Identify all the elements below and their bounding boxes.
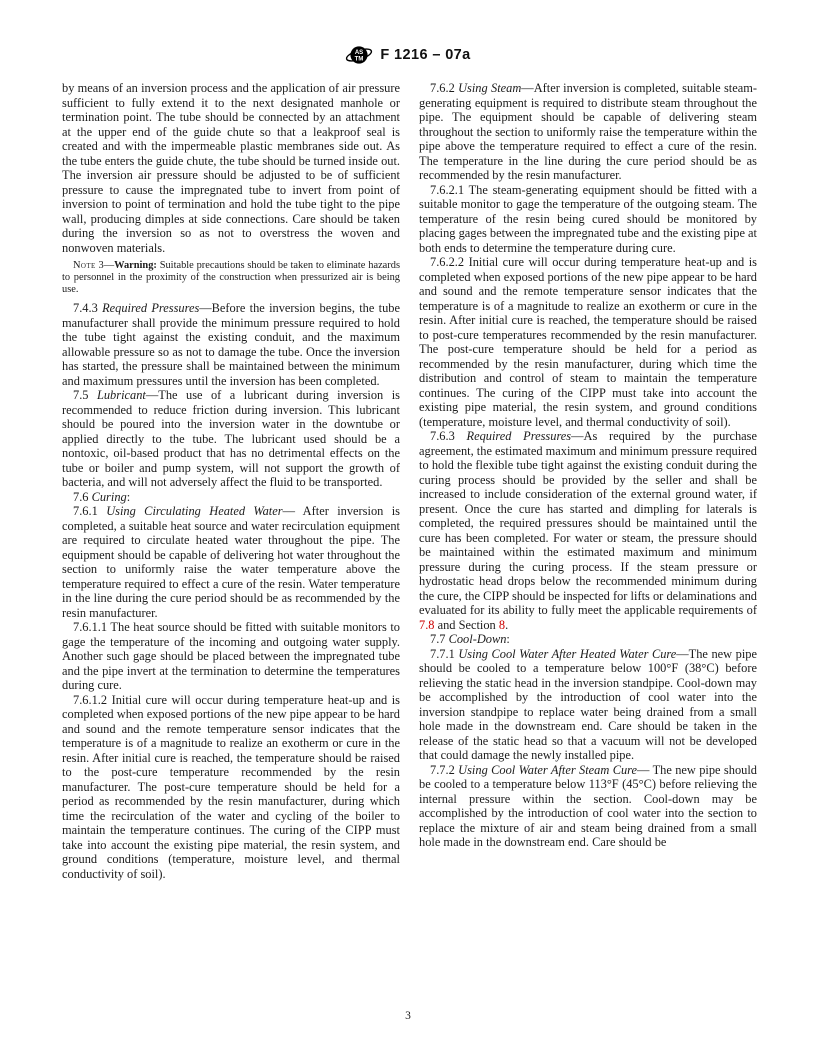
text-segment: Required Pressures: [467, 429, 572, 443]
text-segment: Note: [73, 260, 96, 271]
text-segment: 7.6.2.2 Initial cure will occur during t…: [419, 255, 757, 429]
body-paragraph: 7.6.1.1 The heat source should be fitted…: [62, 620, 400, 693]
note-paragraph: Note 3—Warning: Suitable precautions sho…: [62, 260, 400, 295]
body-paragraph: 7.7.2 Using Cool Water After Steam Cure—…: [419, 763, 757, 850]
text-segment: Using Steam: [458, 81, 521, 95]
text-segment: 7.6.2: [430, 81, 458, 95]
text-segment: Cool-Down: [449, 632, 507, 646]
page-number: 3: [0, 1010, 816, 1022]
text-segment: Using Cool Water After Steam Cure: [458, 763, 637, 777]
body-paragraph: 7.6.2.1 The steam-generating equipment s…: [419, 183, 757, 256]
doc-number: F 1216 – 07a: [380, 47, 470, 63]
text-segment: Lubricant: [97, 388, 146, 402]
body-paragraph: 7.6 Curing:: [62, 490, 400, 505]
body-paragraph: by means of an inversion process and the…: [62, 81, 400, 255]
body-paragraph: 7.7.1 Using Cool Water After Heated Wate…: [419, 647, 757, 763]
text-segment: 7.6.3: [430, 429, 467, 443]
text-segment: Required Pressures: [102, 301, 199, 315]
text-segment: Using Cool Water After Heated Water Cure: [458, 647, 676, 661]
text-segment: 7.7.1: [430, 647, 458, 661]
text-segment: —After inversion is completed, suitable …: [419, 81, 757, 182]
text-segment: Warning:: [114, 260, 157, 271]
text-segment: 7.6.1.2 Initial cure will occur during t…: [62, 693, 400, 881]
document-page: AS TM F 1216 – 07a by means of an invers…: [0, 0, 816, 1056]
text-segment: — After inversion is completed, a suitab…: [62, 504, 400, 620]
body-paragraph: 7.6.2.2 Initial cure will occur during t…: [419, 255, 757, 429]
text-segment: 7.5: [73, 388, 97, 402]
body-paragraph: 7.4.3 Required Pressures—Before the inve…: [62, 301, 400, 388]
body-paragraph: 7.6.1.2 Initial cure will occur during t…: [62, 693, 400, 882]
two-column-body: by means of an inversion process and the…: [62, 81, 757, 881]
body-paragraph: 7.5 Lubricant—The use of a lubricant dur…: [62, 388, 400, 490]
body-paragraph: 7.6.3 Required Pressures—As required by …: [419, 429, 757, 632]
text-segment: 7.6: [73, 490, 92, 504]
body-paragraph: 7.7 Cool-Down:: [419, 632, 757, 647]
text-segment: .: [505, 618, 508, 632]
section-link[interactable]: 7.8: [419, 618, 435, 632]
text-segment: Using Circulating Heated Water: [106, 504, 282, 518]
text-segment: Curing: [92, 490, 127, 504]
text-segment: —The use of a lubricant during inversion…: [62, 388, 400, 489]
text-segment: :: [506, 632, 509, 646]
text-segment: 7.7.2: [430, 763, 458, 777]
column-left: by means of an inversion process and the…: [62, 81, 400, 881]
text-segment: 7.4.3: [73, 301, 102, 315]
column-right: 7.6.2 Using Steam—After inversion is com…: [419, 81, 757, 881]
svg-text:TM: TM: [355, 57, 364, 63]
text-segment: :: [127, 490, 130, 504]
text-segment: —The new pipe should be cooled to a temp…: [419, 647, 757, 763]
svg-text:AS: AS: [355, 50, 363, 56]
astm-logo: AS TM: [345, 44, 373, 66]
text-segment: by means of an inversion process and the…: [62, 81, 400, 255]
text-segment: —As required by the purchase agreement, …: [419, 429, 757, 617]
text-segment: 7.6.1.1 The heat source should be fitted…: [62, 620, 400, 692]
text-segment: 7.6.1: [73, 504, 106, 518]
body-paragraph: 7.6.1 Using Circulating Heated Water— Af…: [62, 504, 400, 620]
text-segment: and Section: [435, 618, 499, 632]
body-paragraph: 7.6.2 Using Steam—After inversion is com…: [419, 81, 757, 183]
page-header: AS TM F 1216 – 07a: [0, 42, 816, 68]
text-segment: 7.7: [430, 632, 449, 646]
text-segment: 3—: [96, 260, 114, 271]
text-segment: 7.6.2.1 The steam-generating equipment s…: [419, 183, 757, 255]
